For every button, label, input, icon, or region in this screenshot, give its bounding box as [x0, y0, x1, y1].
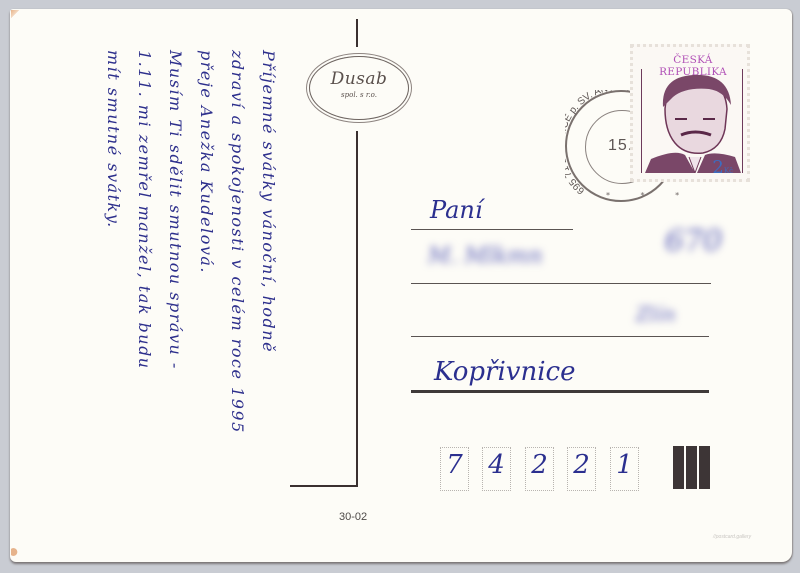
worn-corner: [11, 10, 19, 18]
address-city: Kopřivnice: [434, 357, 575, 387]
watermark: //postcard.gallery: [713, 534, 751, 540]
address-number-redacted: 670: [665, 224, 722, 259]
postcode-digit: 1: [611, 450, 638, 480]
address-line: [411, 390, 709, 393]
message-line: mít smutné svátky.: [98, 50, 129, 504]
divider-line: [290, 485, 358, 487]
postmark-stars: * * *: [606, 191, 693, 200]
address-salutation: Paní: [430, 196, 483, 224]
stamp-value-number: 2: [712, 157, 723, 178]
address-name-redacted: M. Mlkmn: [428, 244, 542, 269]
postage-stamp: ČESKÁ REPUBLIKA 2Kč: [630, 44, 750, 182]
address-line: [411, 283, 711, 284]
postcode-digit: 2: [568, 450, 595, 480]
publisher-name: Dusab: [310, 69, 408, 89]
stamp-value: 2Kč: [712, 157, 733, 178]
stamp-currency: Kč: [724, 167, 733, 175]
message-line: přeje Anežka Kudelová.: [191, 50, 222, 504]
postcode-digit: 7: [441, 450, 468, 480]
address-street-redacted: Zlín: [636, 302, 676, 326]
handwritten-message: Příjemné svátky vánoční, hodně zdraví a …: [98, 50, 284, 504]
message-line: 1.11. mi zemřel manžel, tak budu: [129, 50, 160, 504]
message-line: Musím Ti sdělit smutnou správu -: [160, 50, 191, 504]
message-line: Příjemné svátky vánoční, hodně: [253, 50, 284, 504]
message-line: zdraví a spokojenosti v celém roce 1995: [222, 50, 253, 504]
postal-bar: [686, 446, 697, 489]
postal-bar: [673, 446, 684, 489]
publisher-logo: Dusab spol. s r.o.: [309, 56, 409, 120]
address-line: [411, 229, 573, 230]
address-line: [411, 336, 709, 337]
postal-bar: [699, 446, 710, 489]
publisher-subtitle: spol. s r.o.: [310, 91, 408, 99]
divider-line: [356, 131, 358, 487]
divider-line: [356, 19, 358, 47]
worn-corner: [11, 546, 19, 556]
postcode-digit: 4: [483, 450, 510, 480]
postcode-digit: 2: [526, 450, 553, 480]
card-code: 30-02: [339, 511, 367, 523]
